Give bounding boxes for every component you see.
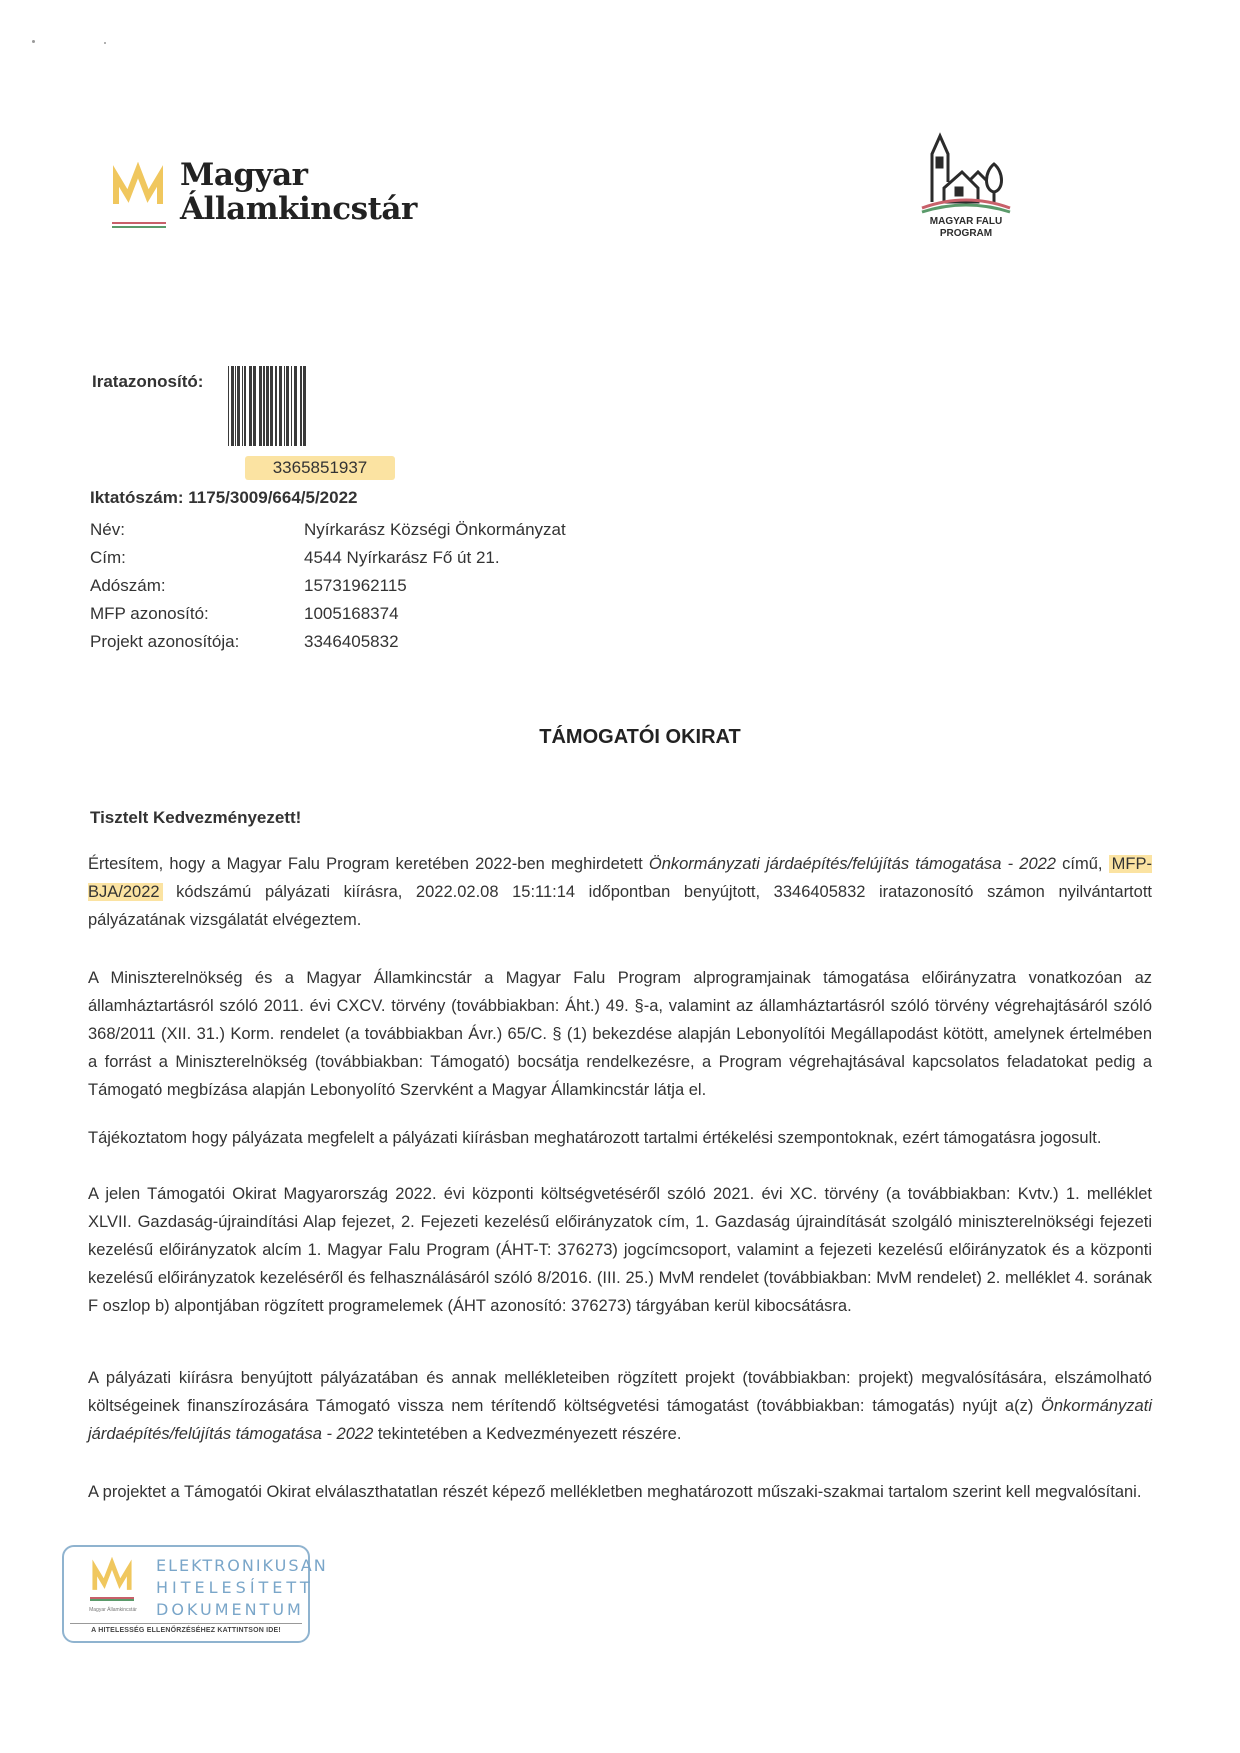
paragraph-3: Tájékoztatom hogy pályázata megfelelt a … [88,1124,1152,1152]
field-label: Cím: [90,544,304,572]
issuer-name-line1: Magyar [180,158,417,192]
paragraph-1: Értesítem, hogy a Magyar Falu Program ke… [88,850,1152,934]
field-value: Nyírkarász Községi Önkormányzat [304,516,566,544]
field-value: 1005168374 [304,600,399,628]
field-value: 3346405832 [304,628,399,656]
paragraph-2: A Miniszterelnökség és a Magyar Államkin… [88,964,1152,1104]
p1-text: című, [1056,855,1109,873]
barcode-icon [228,366,410,446]
magyar-allamkincstar-logo-icon [90,1557,134,1593]
p1-text: Értesítem, hogy a Magyar Falu Program ke… [88,855,649,873]
stamp-line1: ELEKTRONIKUSAN [156,1555,328,1577]
field-label: Név: [90,516,304,544]
paragraph-4: A jelen Támogatói Okirat Magyarország 20… [88,1180,1152,1320]
p1-text: kódszámú pályázati kiírásra, 2022.02.08 … [88,883,1152,929]
verify-authenticity-link[interactable]: A HITELESSÉG ELLENŐRZÉSÉHEZ KATTINTSON I… [70,1627,302,1634]
field-value: 15731962115 [304,572,407,600]
program-name-line2: PROGRAM [906,228,1026,240]
magyar-allamkincstar-logo-icon [112,162,164,208]
p5-text: A pályázati kiírásra benyújtott pályázat… [88,1369,1152,1415]
field-value: 4544 Nyírkarász Fő út 21. [304,544,500,572]
program-name-line1: MAGYAR FALU [906,216,1026,228]
issuer-name: Magyar Államkincstár [180,158,417,226]
iktatoszam-value: 1175/3009/664/5/2022 [188,488,357,507]
document-title: TÁMOGATÓI OKIRAT [0,726,1240,749]
flag-stripe-icon [90,1597,134,1601]
recipient-fields: Név: Nyírkarász Községi Önkormányzat Cím… [90,516,566,656]
field-label: MFP azonosító: [90,600,304,628]
field-label: Adószám: [90,572,304,600]
issuer-name-line2: Államkincstár [180,192,417,226]
paragraph-5: A pályázati kiírásra benyújtott pályázat… [88,1364,1152,1448]
stamp-issuer-text: Magyar Államkincstár [78,1607,148,1613]
barcode-gap [306,366,308,446]
field-row-nev: Név: Nyírkarász Községi Önkormányzat [90,516,566,544]
scan-speck [104,42,106,44]
iktatoszam-label: Iktatószám: [90,488,184,507]
iktatoszam: Iktatószám: 1175/3009/664/5/2022 [90,488,358,508]
program-name: MAGYAR FALU PROGRAM [906,216,1026,240]
barcode-number: 3365851937 [245,456,395,480]
field-row-projekt-azonosito: Projekt azonosítója: 3346405832 [90,628,566,656]
field-row-cim: Cím: 4544 Nyírkarász Fő út 21. [90,544,566,572]
greeting: Tisztelt Kedvezményezett! [90,808,301,828]
field-row-mfp-azonosito: MFP azonosító: 1005168374 [90,600,566,628]
stamp-line3: DOKUMENTUM [156,1599,328,1621]
authentication-stamp[interactable]: Magyar Államkincstár ELEKTRONIKUSAN HITE… [62,1545,310,1643]
stamp-title: ELEKTRONIKUSAN HITELESÍTETT DOKUMENTUM [156,1555,328,1621]
p5-text: tekintetében a Kedvezményezett részére. [373,1425,681,1443]
stamp-divider [70,1623,302,1624]
field-row-adoszam: Adószám: 15731962115 [90,572,566,600]
flag-stripe-icon [112,222,166,228]
iratazonosito-label: Iratazonosító: [92,372,203,392]
field-label: Projekt azonosítója: [90,628,304,656]
program-title-italic: Önkormányzati járdaépítés/felújítás támo… [649,855,1056,873]
scan-speck [32,40,35,43]
magyar-falu-program-logo-icon [918,132,1014,214]
stamp-line2: HITELESÍTETT [156,1577,328,1599]
paragraph-6: A projektet a Támogatói Okirat elválaszt… [88,1478,1152,1506]
